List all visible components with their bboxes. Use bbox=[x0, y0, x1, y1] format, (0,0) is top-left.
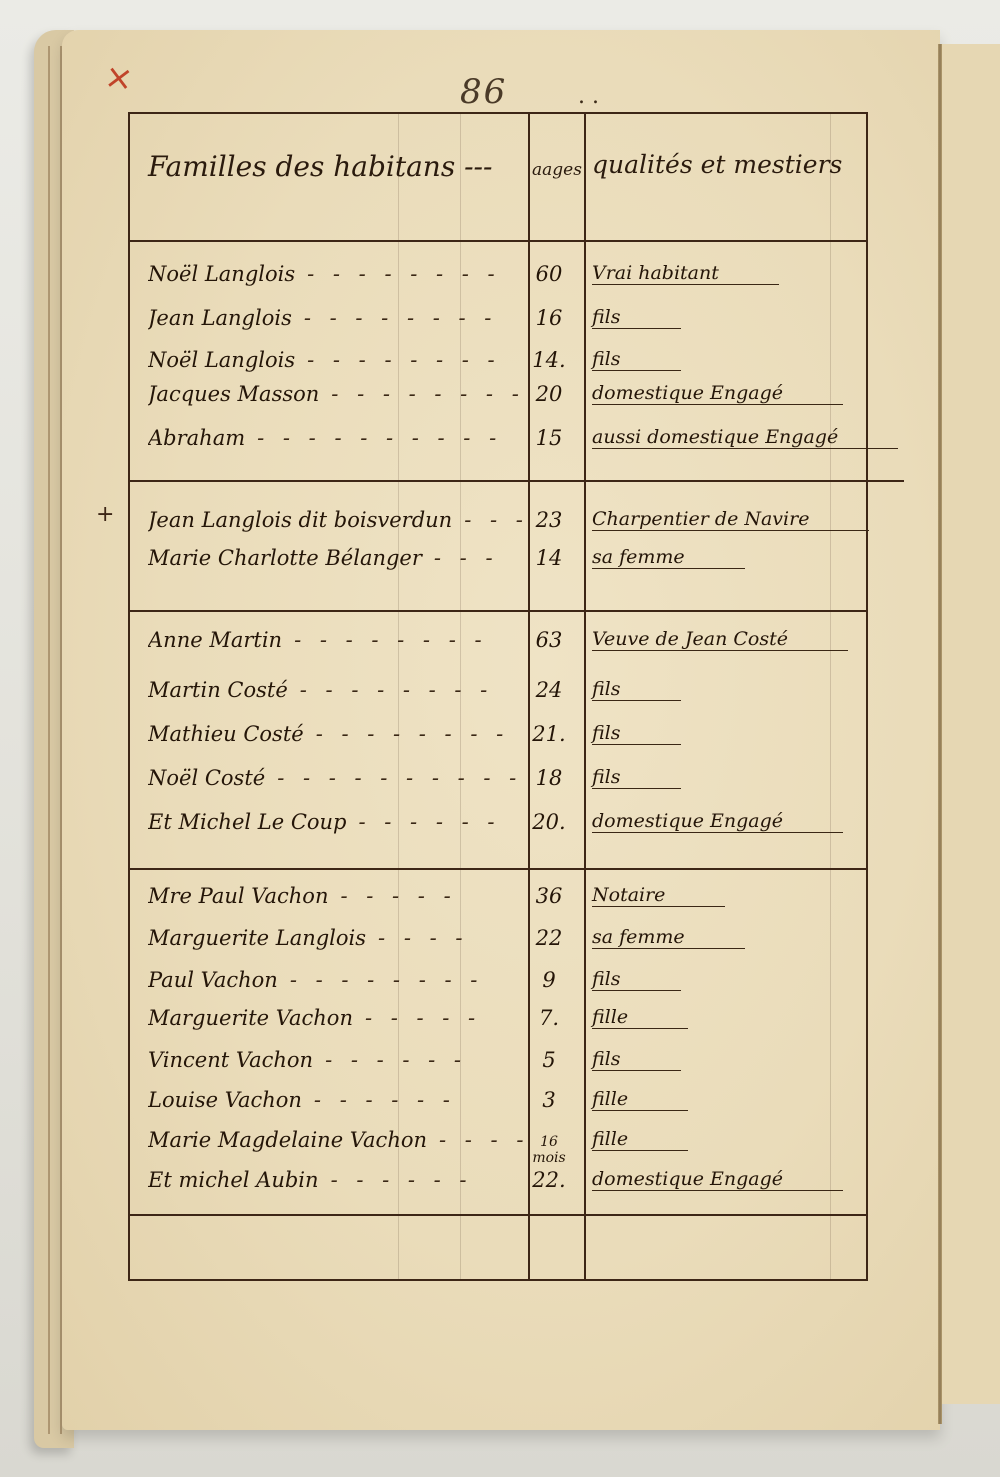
person-quality: aussi domestique Engagé bbox=[592, 426, 898, 449]
person-name: Mathieu Costé- - - - - - - - bbox=[148, 722, 528, 746]
margin-plus-mark: + bbox=[96, 502, 114, 527]
header-families: Familles des habitans --- bbox=[148, 150, 492, 183]
person-quality: fille bbox=[592, 1088, 688, 1111]
person-age: 63 bbox=[524, 628, 574, 652]
person-age: 14. bbox=[524, 348, 574, 372]
person-name: Noël Langlois- - - - - - - - bbox=[148, 262, 528, 286]
table-row: Noël Costé- - - - - - - - - - 18 fils bbox=[130, 760, 866, 804]
header-separator bbox=[130, 240, 866, 242]
person-name: Noël Costé- - - - - - - - - - bbox=[148, 766, 528, 790]
table-row: Marie Charlotte Bélanger- - - 14 sa femm… bbox=[130, 540, 866, 584]
person-age: 21. bbox=[524, 722, 574, 746]
person-quality: Vrai habitant bbox=[592, 262, 779, 285]
census-ledger-table: Familles des habitans --- aages qualités… bbox=[128, 112, 868, 1281]
person-name: Noël Langlois- - - - - - - - bbox=[148, 348, 528, 372]
person-quality: Notaire bbox=[592, 884, 725, 907]
person-age: 3 bbox=[524, 1088, 574, 1112]
person-age: 20. bbox=[524, 810, 574, 834]
person-quality: fille bbox=[592, 1006, 688, 1029]
person-quality: fils bbox=[592, 766, 681, 789]
person-age: 9 bbox=[524, 968, 574, 992]
table-row: Louise Vachon- - - - - - 3 fille bbox=[130, 1082, 866, 1126]
person-name: Mre Paul Vachon- - - - - bbox=[148, 884, 528, 908]
table-row: Noël Langlois- - - - - - - - 60 Vrai hab… bbox=[130, 256, 866, 300]
person-name: Marie Charlotte Bélanger- - - bbox=[148, 546, 528, 570]
person-quality: domestique Engagé bbox=[592, 810, 843, 833]
person-age: 20 bbox=[524, 382, 574, 406]
person-age: 15 bbox=[524, 426, 574, 450]
person-age: 18 bbox=[524, 766, 574, 790]
person-quality: fils bbox=[592, 678, 681, 701]
table-row: Jacques Masson- - - - - - - - 20 domesti… bbox=[130, 376, 866, 420]
person-name: Vincent Vachon- - - - - - bbox=[148, 1048, 528, 1072]
person-name: Jean Langlois- - - - - - - - bbox=[148, 306, 528, 330]
folio-dots: . . bbox=[578, 84, 599, 109]
person-age: 22. bbox=[524, 1168, 574, 1192]
table-row: Et michel Aubin- - - - - - 22. domestiqu… bbox=[130, 1162, 866, 1206]
table-row: Jean Langlois- - - - - - - - 16 fils bbox=[130, 300, 866, 344]
person-age: 60 bbox=[524, 262, 574, 286]
person-name: Jean Langlois dit boisverdun- - - bbox=[148, 508, 528, 532]
person-name: Marie Magdelaine Vachon- - - - bbox=[148, 1128, 528, 1152]
folio-number: 86 bbox=[460, 72, 507, 112]
header-quality: qualités et mestiers bbox=[592, 150, 842, 179]
family-separator bbox=[130, 868, 866, 870]
table-row: Anne Martin- - - - - - - - 63 Veuve de J… bbox=[130, 622, 866, 666]
person-quality: Charpentier de Navire bbox=[592, 508, 869, 531]
person-quality: fils bbox=[592, 968, 681, 991]
person-name: Abraham- - - - - - - - - - bbox=[148, 426, 528, 450]
person-name: Et Michel Le Coup- - - - - - bbox=[148, 810, 528, 834]
person-name: Paul Vachon- - - - - - - - bbox=[148, 968, 528, 992]
person-name: Louise Vachon- - - - - - bbox=[148, 1088, 528, 1112]
person-age: 16 bbox=[524, 306, 574, 330]
person-name: Marguerite Vachon- - - - - bbox=[148, 1006, 528, 1030]
table-row: Abraham- - - - - - - - - - 15 aussi dome… bbox=[130, 420, 866, 464]
person-age: 14 bbox=[524, 546, 574, 570]
table-row: Mathieu Costé- - - - - - - - 21. fils bbox=[130, 716, 866, 760]
person-age: 36 bbox=[524, 884, 574, 908]
table-row: Marguerite Vachon- - - - - 7. fille bbox=[130, 1000, 866, 1044]
person-name: Jacques Masson- - - - - - - - bbox=[148, 382, 528, 406]
person-name: Anne Martin- - - - - - - - bbox=[148, 628, 528, 652]
family-separator bbox=[130, 480, 904, 482]
table-row: Martin Costé- - - - - - - - 24 fils bbox=[130, 672, 866, 716]
person-name: Martin Costé- - - - - - - - bbox=[148, 678, 528, 702]
person-age: 5 bbox=[524, 1048, 574, 1072]
person-name: Et michel Aubin- - - - - - bbox=[148, 1168, 528, 1192]
person-quality: fils bbox=[592, 1048, 681, 1071]
person-quality: fils bbox=[592, 722, 681, 745]
person-quality: fille bbox=[592, 1128, 688, 1151]
person-age: 24 bbox=[524, 678, 574, 702]
header-ages: aages bbox=[532, 160, 582, 180]
table-row: Marguerite Langlois- - - - 22 sa femme bbox=[130, 920, 866, 964]
empty-family-row bbox=[130, 1224, 866, 1268]
family-separator bbox=[130, 610, 866, 612]
table-row: Mre Paul Vachon- - - - - 36 Notaire bbox=[130, 878, 866, 922]
person-quality: sa femme bbox=[592, 546, 745, 569]
person-age: 22 bbox=[524, 926, 574, 950]
person-age: 7. bbox=[524, 1006, 574, 1030]
person-quality: fils bbox=[592, 306, 681, 329]
person-quality: domestique Engagé bbox=[592, 382, 843, 405]
person-age: 23 bbox=[524, 508, 574, 532]
person-name: Marguerite Langlois- - - - bbox=[148, 926, 528, 950]
person-quality: domestique Engagé bbox=[592, 1168, 843, 1191]
facing-page-edge bbox=[942, 44, 1000, 1404]
person-quality: sa femme bbox=[592, 926, 745, 949]
family-separator bbox=[130, 1214, 866, 1216]
person-quality: fils bbox=[592, 348, 681, 371]
table-row: Marie Magdelaine Vachon- - - - 16 mois f… bbox=[130, 1122, 866, 1166]
person-quality: Veuve de Jean Costé bbox=[592, 628, 848, 651]
table-row: Vincent Vachon- - - - - - 5 fils bbox=[130, 1042, 866, 1086]
table-row: Et Michel Le Coup- - - - - - 20. domesti… bbox=[130, 804, 866, 848]
